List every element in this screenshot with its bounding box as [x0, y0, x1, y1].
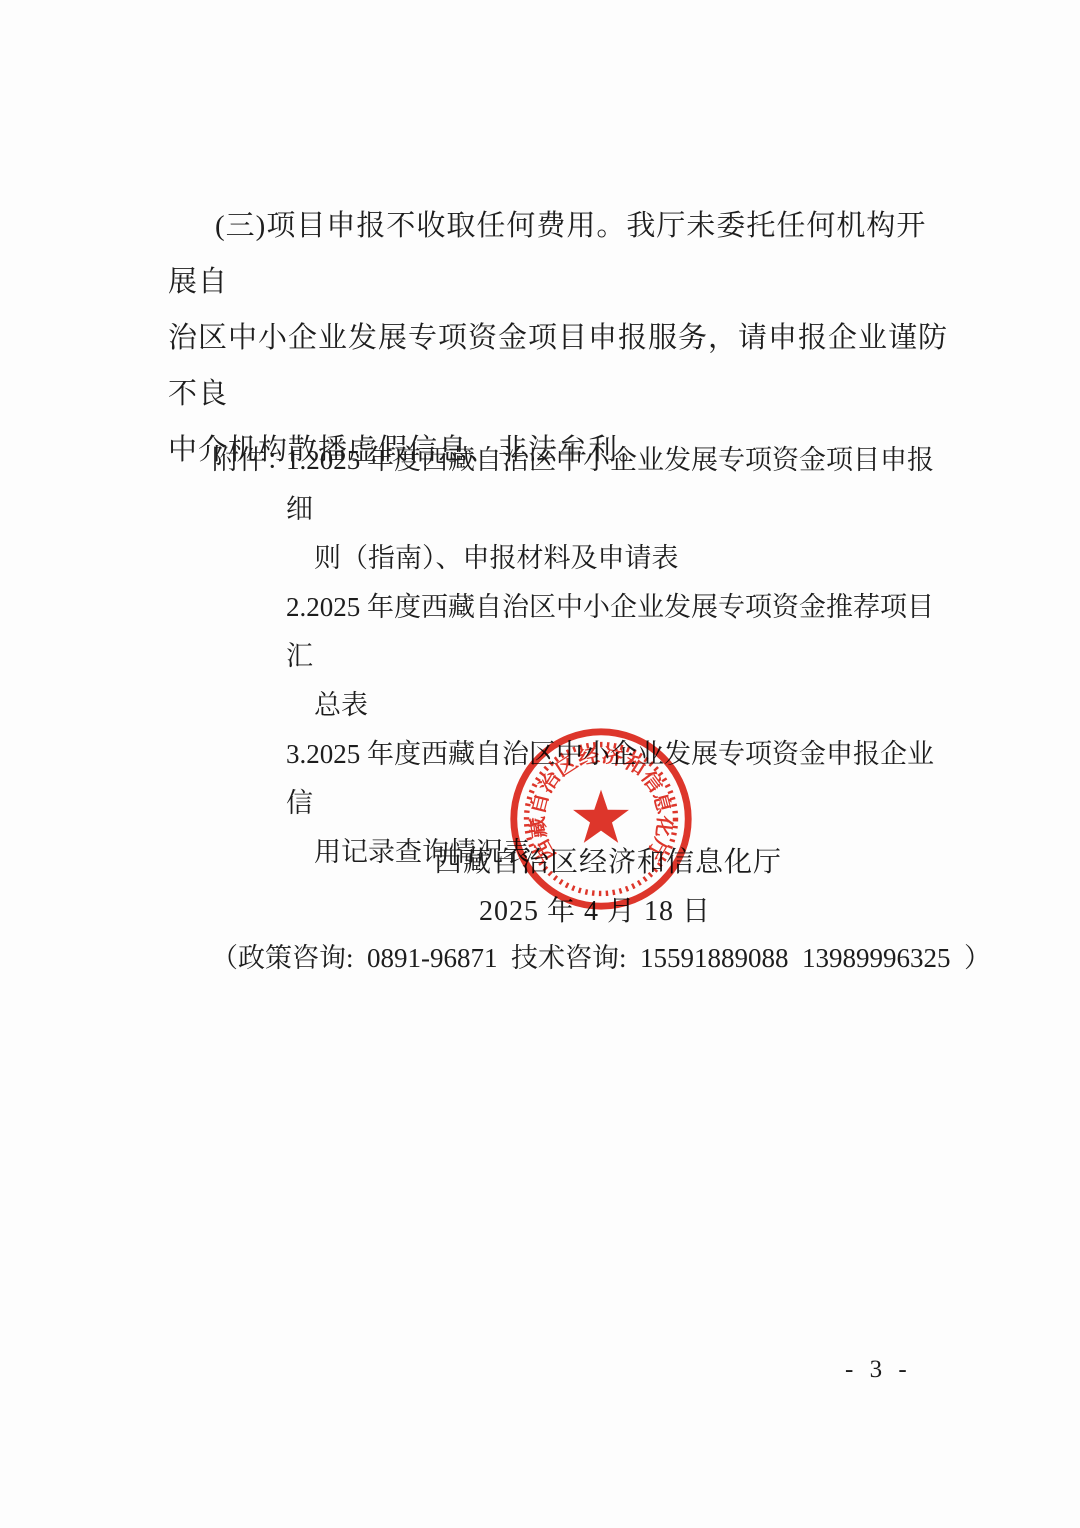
attachments-label: 附件：: [212, 436, 293, 485]
body-line-1: (三)项目申报不收取任何费用。我厅未委托任何机构开展自: [168, 198, 948, 310]
attachment-item-1-line-1: 1.2025 年度西藏自治区中小企业发展专项资金项目申报细: [286, 436, 936, 534]
attachment-item-1-line-2: 则（指南）、申报材料及申请表: [286, 534, 936, 583]
seal-star-icon: [573, 790, 629, 843]
official-seal: 西藏自治区经济和信息化厅: [503, 721, 699, 917]
document-page: (三)项目申报不收取任何费用。我厅未委托任何机构开展自 治区中小企业发展专项资金…: [0, 0, 1080, 1528]
body-line-2: 治区中小企业发展专项资金项目申报服务，请申报企业谨防不良: [168, 310, 948, 422]
page-number: - 3 -: [845, 1356, 912, 1384]
attachment-item-2-line-1: 2.2025 年度西藏自治区中小企业发展专项资金推荐项目汇: [286, 583, 936, 681]
contact-info: （政策咨询: 0891-96871 技术咨询: 15591889088 1398…: [211, 938, 991, 978]
